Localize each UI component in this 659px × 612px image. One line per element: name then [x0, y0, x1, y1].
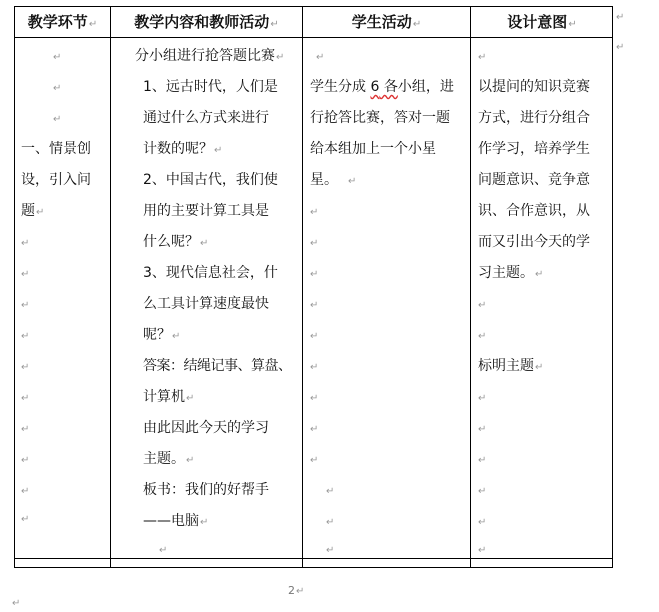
paragraph-mark-icon: ↵	[568, 19, 576, 30]
paragraph-mark-icon: ↵	[478, 331, 486, 342]
text-line: 学生分成	[310, 79, 370, 95]
paragraph-mark-icon: ↵	[478, 486, 486, 497]
text-line: 以提问的知识竞赛	[478, 72, 612, 103]
header-label: 教学环节	[28, 13, 88, 31]
paragraph-mark-icon: ↵	[21, 269, 29, 280]
paragraph-mark-icon: ↵	[310, 424, 318, 435]
paragraph-mark-icon: ↵	[270, 19, 278, 30]
paragraph-mark-icon: ↵	[478, 393, 486, 404]
text-line: 2、中国古代，我们使	[135, 165, 303, 196]
header-label: 设计意图	[507, 13, 567, 31]
text-line: 用的主要计算工具是	[135, 196, 303, 227]
text-line: 什么呢？	[143, 234, 199, 250]
paragraph-mark-icon: ↵	[535, 269, 543, 280]
paragraph-mark-icon: ↵	[310, 362, 318, 373]
lesson-plan-table: 教学环节↵ 教学内容和教师活动↵ 学生活动↵ 设计意图↵ ↵ ↵ ↵ 一、情景创…	[14, 6, 613, 568]
text-line: 3、现代信息社会，什	[135, 258, 303, 289]
text-line: 由此因此今天的学习	[135, 413, 303, 444]
paragraph-mark-icon: ↵	[478, 517, 486, 528]
paragraph-mark-icon: ↵	[326, 517, 334, 528]
text-line: 题	[21, 203, 35, 219]
paragraph-mark-icon: ↵	[310, 455, 318, 466]
text-line: 作学习，培养学生	[478, 134, 612, 165]
paragraph-mark-icon: ↵	[21, 455, 29, 466]
paragraph-mark-icon: ↵	[276, 52, 284, 63]
text-line: 答案：结绳记事、算盘、	[135, 351, 303, 382]
spell-flag-text: 6 各	[370, 79, 397, 95]
paragraph-mark-icon: ↵	[21, 362, 29, 373]
text-line: 而又引出今天的学	[478, 227, 612, 258]
text-line: 小组，进	[398, 79, 454, 95]
paragraph-mark-icon: ↵	[12, 598, 20, 609]
text-line: 设，引入问	[21, 165, 107, 196]
header-label: 学生活动	[352, 13, 412, 31]
paragraph-mark-icon: ↵	[310, 238, 318, 249]
paragraph-mark-icon: ↵	[21, 424, 29, 435]
text-line: 识、合作意识，从	[478, 196, 612, 227]
header-design-intent: 设计意图↵	[471, 7, 613, 38]
text-line: 么工具计算速度最快	[135, 289, 303, 320]
paragraph-mark-icon: ↵	[326, 486, 334, 497]
paragraph-mark-icon: ↵	[21, 238, 29, 249]
text-line: 计数的呢？	[143, 141, 213, 157]
paragraph-mark-icon: ↵	[21, 486, 29, 497]
paragraph-mark-icon: ↵	[53, 114, 61, 125]
paragraph-mark-icon: ↵	[21, 514, 29, 525]
paragraph-mark-icon: ↵	[159, 545, 167, 556]
flagged-word: 各	[379, 79, 397, 95]
text-line: 计算机	[143, 389, 185, 405]
page-number-value: 2	[288, 584, 295, 597]
paragraph-mark-icon: ↵	[296, 586, 304, 597]
paragraph-mark-icon: ↵	[200, 517, 208, 528]
paragraph-mark-icon: ↵	[478, 545, 486, 556]
cell-design-intent: ↵ 以提问的知识竞赛 方式，进行分组合 作学习，培养学生 问题意识、竞争意 识、…	[478, 41, 612, 561]
paragraph-mark-icon: ↵	[186, 393, 194, 404]
paragraph-mark-icon: ↵	[186, 455, 194, 466]
text-line: 问题意识、竞争意	[478, 165, 612, 196]
paragraph-mark-icon: ↵	[478, 455, 486, 466]
text-line: ——电脑	[143, 513, 199, 529]
paragraph-mark-icon: ↵	[310, 393, 318, 404]
text-line: 主题。	[143, 451, 185, 467]
paragraph-mark-icon: ↵	[21, 393, 29, 404]
column-divider	[470, 7, 471, 567]
text-line: 通过什么方式来进行	[135, 103, 303, 134]
column-divider	[110, 7, 111, 567]
cell-student-activity: ↵ 学生分成 6 各小组，进 行抢答比赛，答对一题 给本组加上一个小星 星。↵ …	[310, 41, 470, 561]
paragraph-mark-icon: ↵	[478, 52, 486, 63]
header-content: 教学内容和教师活动↵	[111, 7, 302, 38]
text-line: 分小组进行抢答题比赛	[135, 48, 275, 64]
paragraph-mark-icon: ↵	[310, 207, 318, 218]
text-line: 标明主题	[478, 358, 534, 374]
paragraph-mark-icon: ↵	[310, 331, 318, 342]
paragraph-mark-icon: ↵	[21, 331, 29, 342]
paragraph-mark-icon: ↵	[310, 300, 318, 311]
row-end-mark-icon: ↵	[616, 12, 624, 23]
paragraph-mark-icon: ↵	[53, 52, 61, 63]
header-student-activity: 学生活动↵	[303, 7, 470, 38]
paragraph-mark-icon: ↵	[316, 52, 324, 63]
paragraph-mark-icon: ↵	[172, 331, 180, 342]
text-line: 行抢答比赛，答对一题	[310, 103, 470, 134]
paragraph-mark-icon: ↵	[310, 269, 318, 280]
page-number: 2↵	[288, 584, 304, 597]
paragraph-mark-icon: ↵	[535, 362, 543, 373]
cell-stage: ↵ ↵ ↵ 一、情景创 设，引入问 题↵ ↵ ↵ ↵ ↵ ↵ ↵ ↵ ↵ ↵ ↵	[21, 41, 107, 530]
text-line: 呢？	[143, 327, 171, 343]
paragraph-mark-icon: ↵	[413, 19, 421, 30]
paragraph-mark-icon: ↵	[21, 300, 29, 311]
text-line: 给本组加上一个小星	[310, 134, 470, 165]
paragraph-mark-icon: ↵	[478, 424, 486, 435]
text-line: 板书：我们的好帮手	[135, 475, 303, 506]
paragraph-mark-icon: ↵	[89, 19, 97, 30]
header-label: 教学内容和教师活动	[134, 13, 269, 31]
paragraph-mark-icon: ↵	[214, 145, 222, 156]
text-line: 1、远古时代，人们是	[135, 72, 303, 103]
paragraph-mark-icon: ↵	[200, 238, 208, 249]
paragraph-mark-icon: ↵	[478, 300, 486, 311]
row-end-mark-icon: ↵	[616, 42, 624, 53]
paragraph-mark-icon: ↵	[348, 176, 356, 187]
text-line: 一、情景创	[21, 134, 107, 165]
cell-content: 分小组进行抢答题比赛↵ 1、远古时代，人们是 通过什么方式来进行 计数的呢？↵ …	[135, 41, 303, 561]
paragraph-mark-icon: ↵	[53, 83, 61, 94]
text-line: 方式，进行分组合	[478, 103, 612, 134]
text-line: 星。	[310, 172, 338, 188]
paragraph-mark-icon: ↵	[326, 545, 334, 556]
text-line: 习主题。	[478, 265, 534, 281]
header-stage: 教学环节↵	[15, 7, 110, 38]
paragraph-mark-icon: ↵	[36, 207, 44, 218]
